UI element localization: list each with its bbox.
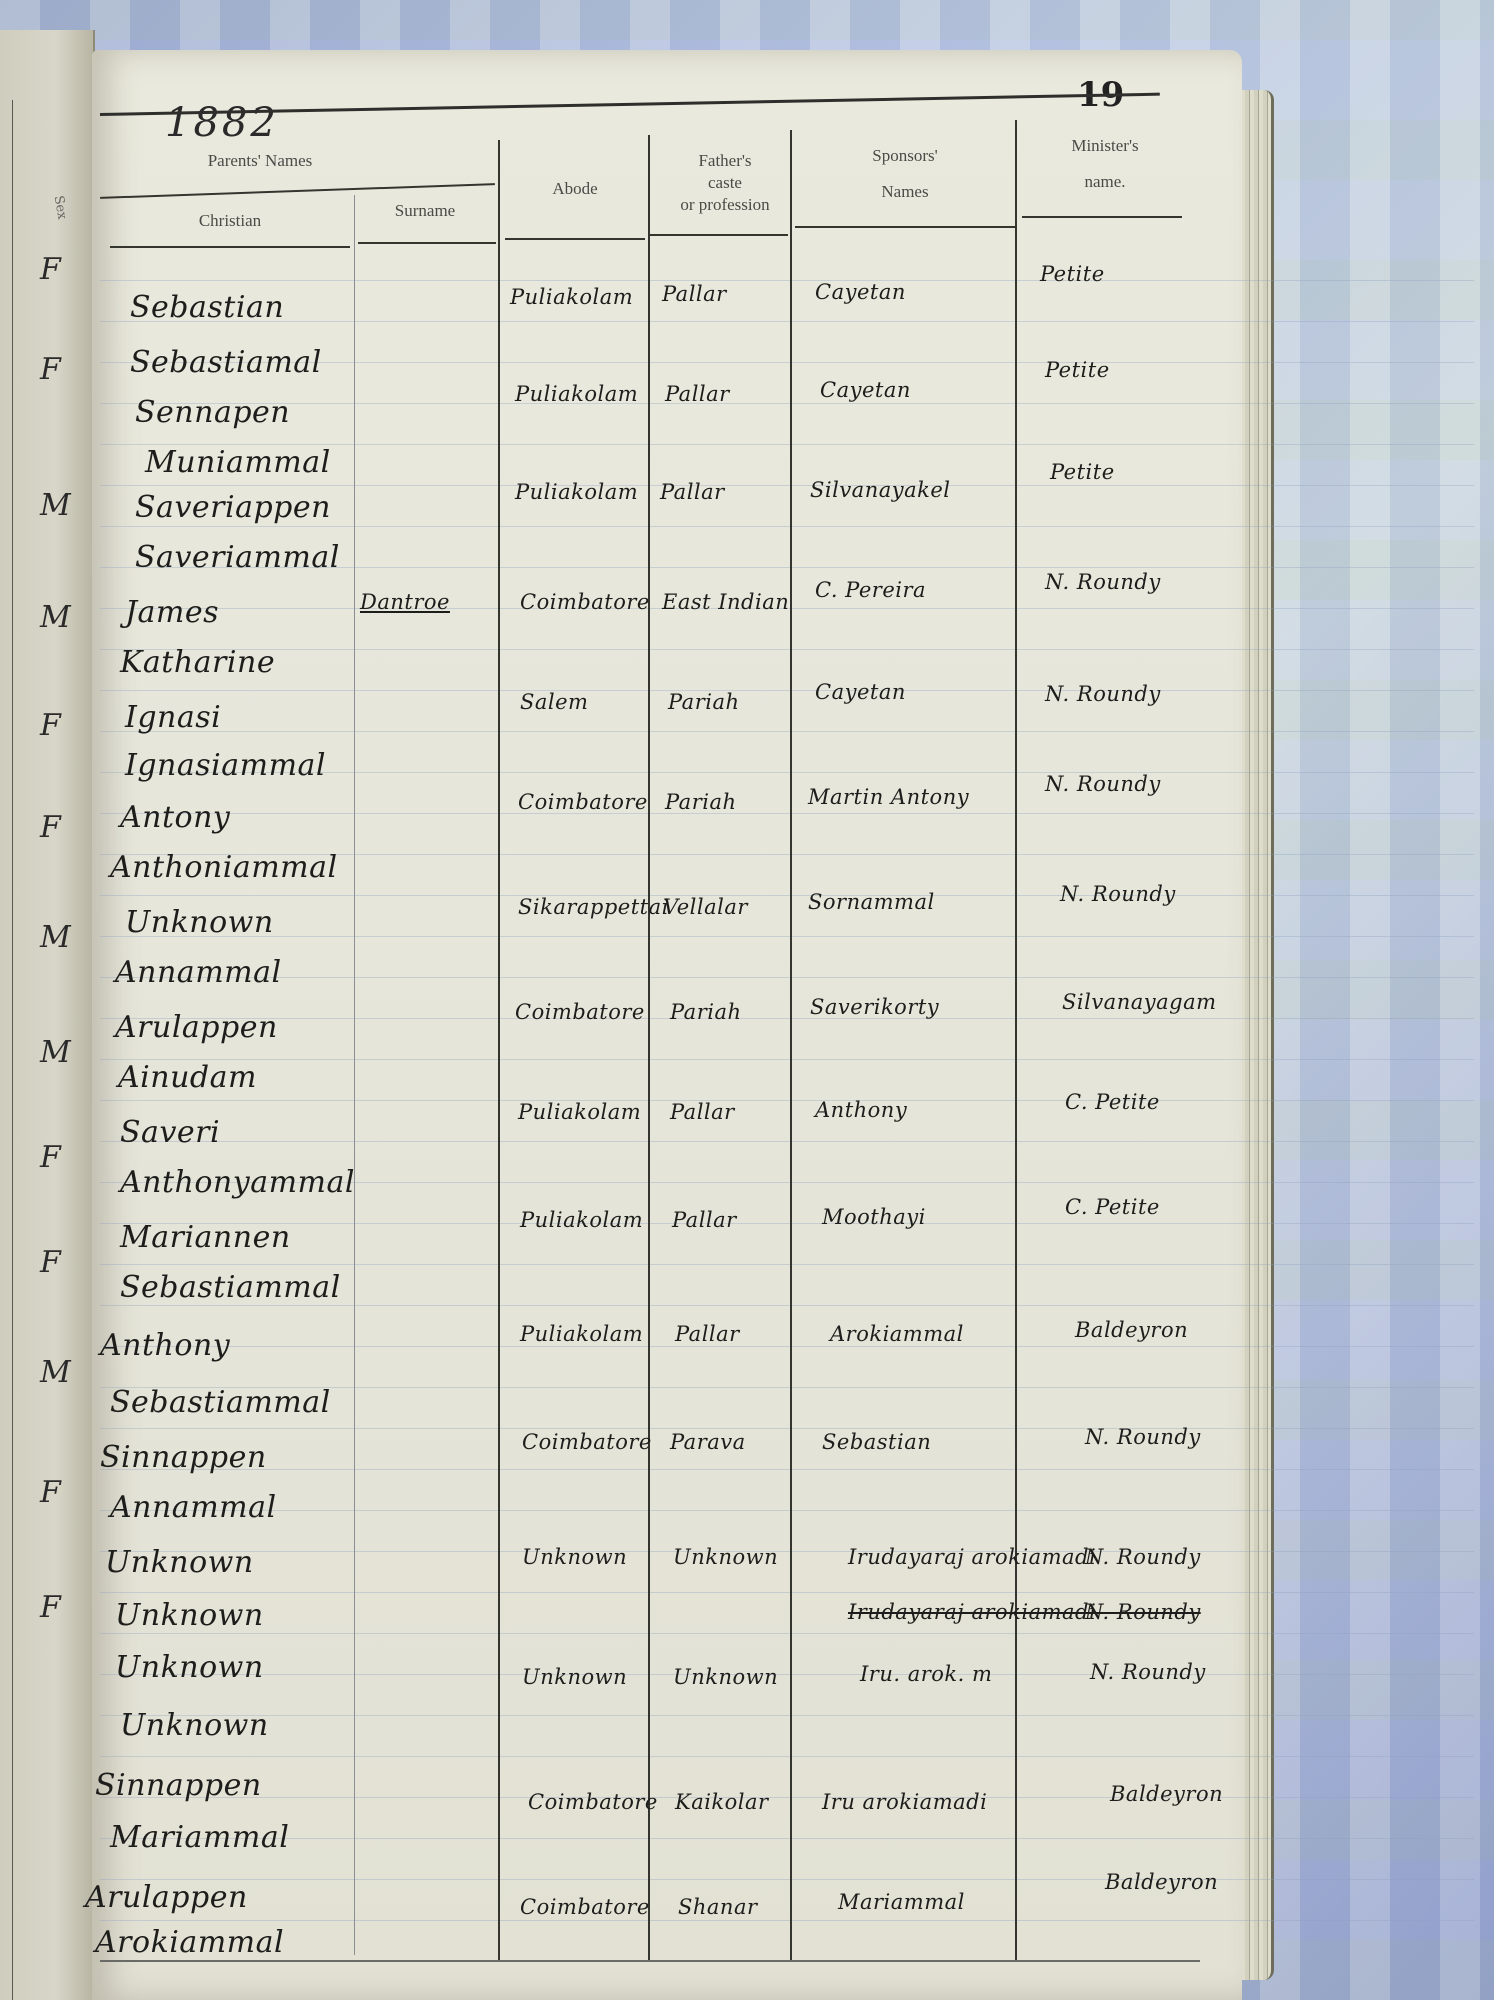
mother-name: Anthonyammal <box>120 1165 355 1200</box>
caste: Pallar <box>662 282 727 306</box>
caste: Pallar <box>675 1322 740 1346</box>
surname: Dantroe <box>360 590 450 614</box>
header-parents-names: Parents' Names <box>150 150 370 172</box>
sex-column-label: Sex <box>51 194 70 220</box>
abode: Puliakolam <box>518 1100 641 1124</box>
header-surname: Surname <box>355 200 495 222</box>
abode: Sikarappettai <box>518 895 669 919</box>
father-name: Unknown <box>115 1650 264 1685</box>
header-sponsors-line1: Sponsors' <box>800 145 1010 167</box>
minister: C. Petite <box>1065 1195 1160 1219</box>
header-minister: Minister's name. <box>1020 135 1190 193</box>
minister: N. Roundy <box>1085 1425 1201 1449</box>
sponsor: Anthony <box>815 1098 907 1122</box>
abode: Unknown <box>522 1545 627 1569</box>
sex-mark: F <box>40 708 61 743</box>
caste: Unknown <box>673 1545 778 1569</box>
sex-mark: F <box>40 1475 61 1510</box>
abode: Coimbatore <box>520 1895 650 1919</box>
divider-surname-abode <box>498 140 500 1960</box>
header-rule-minister <box>1022 216 1182 218</box>
sex-mark: M <box>40 600 71 635</box>
header-fathers-caste-line2: caste <box>655 172 795 194</box>
minister: N. Roundy <box>1090 1660 1206 1684</box>
minister: N. Roundy <box>1045 570 1161 594</box>
header-rule-christian <box>110 246 350 248</box>
mother-name: Ignasiammal <box>125 748 326 783</box>
sex-mark: M <box>40 488 71 523</box>
sponsor: Cayetan <box>815 680 906 704</box>
divider-sponsors-minister <box>1015 120 1017 1960</box>
minister: Baldeyron <box>1105 1870 1218 1894</box>
caste: Shanar <box>678 1895 758 1919</box>
sex-mark: M <box>40 1355 71 1390</box>
mother-name: Ainudam <box>118 1060 257 1095</box>
sponsor: Cayetan <box>815 280 906 304</box>
sponsor: Irudayaraj arokiamadi <box>848 1545 1096 1569</box>
minister: Petite <box>1045 358 1110 382</box>
father-name: Sinnappen <box>95 1768 262 1803</box>
father-name: Sinnappen <box>100 1440 267 1475</box>
mother-name: Annammal <box>115 955 282 990</box>
sponsor-struck-out: Irudayaraj arokiamadi <box>848 1600 1096 1624</box>
mother-name: Anthoniammal <box>110 850 338 885</box>
caste: Pallar <box>672 1208 737 1232</box>
minister: Petite <box>1040 262 1105 286</box>
sponsor: Arokiammal <box>830 1322 964 1346</box>
sponsor: Cayetan <box>820 378 911 402</box>
header-fathers-caste-line1: Father's <box>655 150 795 172</box>
header-fathers-caste-line3: or profession <box>655 194 795 216</box>
minister-struck-out: N. Roundy <box>1085 1600 1201 1624</box>
father-name: Saveri <box>120 1115 220 1150</box>
abode: Coimbatore <box>518 790 648 814</box>
sex-mark: F <box>40 352 61 387</box>
left-page-edge: Sex F F M M F F M M F F M F F <box>0 30 95 2000</box>
sex-mark: M <box>40 920 71 955</box>
sponsor: Iru. arok. m <box>860 1662 992 1686</box>
caste: Pallar <box>660 480 725 504</box>
bottom-rule <box>100 1960 1200 1962</box>
caste: Parava <box>670 1430 746 1454</box>
father-name: Arulappen <box>85 1880 248 1915</box>
mother-name: Sebastiamal <box>130 345 322 380</box>
sponsor: Moothayi <box>822 1205 926 1229</box>
abode: Unknown <box>522 1665 627 1689</box>
father-name: Antony <box>120 800 230 835</box>
abode: Puliakolam <box>515 382 638 406</box>
sex-mark: F <box>40 252 61 287</box>
caste: East Indian <box>662 590 789 614</box>
abode: Salem <box>520 690 588 714</box>
minister: Baldeyron <box>1110 1782 1223 1806</box>
father-name: Ignasi <box>125 700 221 735</box>
sponsor: Martin Antony <box>808 785 969 809</box>
header-minister-line1: Minister's <box>1020 135 1190 157</box>
abode: Puliakolam <box>510 285 633 309</box>
caste: Vellalar <box>663 895 748 919</box>
minister: N. Roundy <box>1045 772 1161 796</box>
sponsor: Mariammal <box>838 1890 965 1914</box>
header-fathers-caste: Father's caste or profession <box>655 150 795 216</box>
father-name: Anthony <box>100 1328 230 1363</box>
header-rule-sponsors <box>795 226 1015 228</box>
minister: N. Roundy <box>1085 1545 1201 1569</box>
mother-name: Mariammal <box>110 1820 289 1855</box>
abode: Coimbatore <box>528 1790 658 1814</box>
divider-christian-surname <box>354 195 355 1955</box>
father-name: Arulappen <box>115 1010 278 1045</box>
caste: Pallar <box>670 1100 735 1124</box>
margin-rule <box>12 100 13 2000</box>
caste: Kaikolar <box>675 1790 769 1814</box>
caste: Pariah <box>670 1000 742 1024</box>
mother-name: Sebastiammal <box>120 1270 341 1305</box>
mother-name: Saveriammal <box>135 540 340 575</box>
header-sponsors-line2: Names <box>800 181 1010 203</box>
header-abode: Abode <box>505 178 645 200</box>
minister: C. Petite <box>1065 1090 1160 1114</box>
sex-mark: F <box>40 810 61 845</box>
sex-mark: M <box>40 1035 71 1070</box>
minister: Baldeyron <box>1075 1318 1188 1342</box>
minister: N. Roundy <box>1060 882 1176 906</box>
father-name: Sebastian <box>130 290 284 325</box>
father-name: James <box>125 595 219 630</box>
year-annotation: 1882 <box>165 100 279 146</box>
header-christian: Christian <box>150 210 310 232</box>
header-sponsors: Sponsors' Names <box>800 145 1010 203</box>
mother-name: Arokiammal <box>95 1925 284 1960</box>
abode: Coimbatore <box>522 1430 652 1454</box>
sponsor: Iru arokiamadi <box>822 1790 987 1814</box>
mother-name: Muniammal <box>145 445 331 480</box>
father-name: Mariannen <box>120 1220 291 1255</box>
father-name: Saveriappen <box>135 490 331 525</box>
father-name: Sennapen <box>135 395 290 430</box>
caste: Unknown <box>673 1665 778 1689</box>
header-rule-surname <box>358 242 496 244</box>
minister: Petite <box>1050 460 1115 484</box>
sponsor: Saverikorty <box>810 995 939 1019</box>
caste: Pariah <box>668 690 740 714</box>
mother-name: Sebastiammal <box>110 1385 331 1420</box>
divider-caste-sponsors <box>790 130 792 1960</box>
abode: Puliakolam <box>515 480 638 504</box>
header-rule-abode <box>505 238 645 240</box>
abode: Puliakolam <box>520 1322 643 1346</box>
sponsor: Sornammal <box>808 890 935 914</box>
mother-name: Unknown <box>120 1708 269 1743</box>
header-rule-caste <box>648 234 788 236</box>
header-minister-line2: name. <box>1020 171 1190 193</box>
divider-abode-caste <box>648 135 650 1960</box>
abode: Coimbatore <box>520 590 650 614</box>
abode: Puliakolam <box>520 1208 643 1232</box>
sex-mark: F <box>40 1245 61 1280</box>
sponsor: Sebastian <box>822 1430 931 1454</box>
caste: Pallar <box>665 382 730 406</box>
sponsor: C. Pereira <box>815 578 926 602</box>
sex-mark: F <box>40 1590 61 1625</box>
abode: Coimbatore <box>515 1000 645 1024</box>
sponsor: Silvanayakel <box>810 478 951 502</box>
minister: Silvanayagam <box>1062 990 1217 1014</box>
father-name: Unknown <box>105 1545 254 1580</box>
caste: Pariah <box>665 790 737 814</box>
mother-name: Annammal <box>110 1490 277 1525</box>
father-name: Unknown <box>125 905 274 940</box>
mother-name: Unknown <box>115 1598 264 1633</box>
sex-mark: F <box>40 1140 61 1175</box>
mother-name: Katharine <box>120 645 275 680</box>
minister: N. Roundy <box>1045 682 1161 706</box>
